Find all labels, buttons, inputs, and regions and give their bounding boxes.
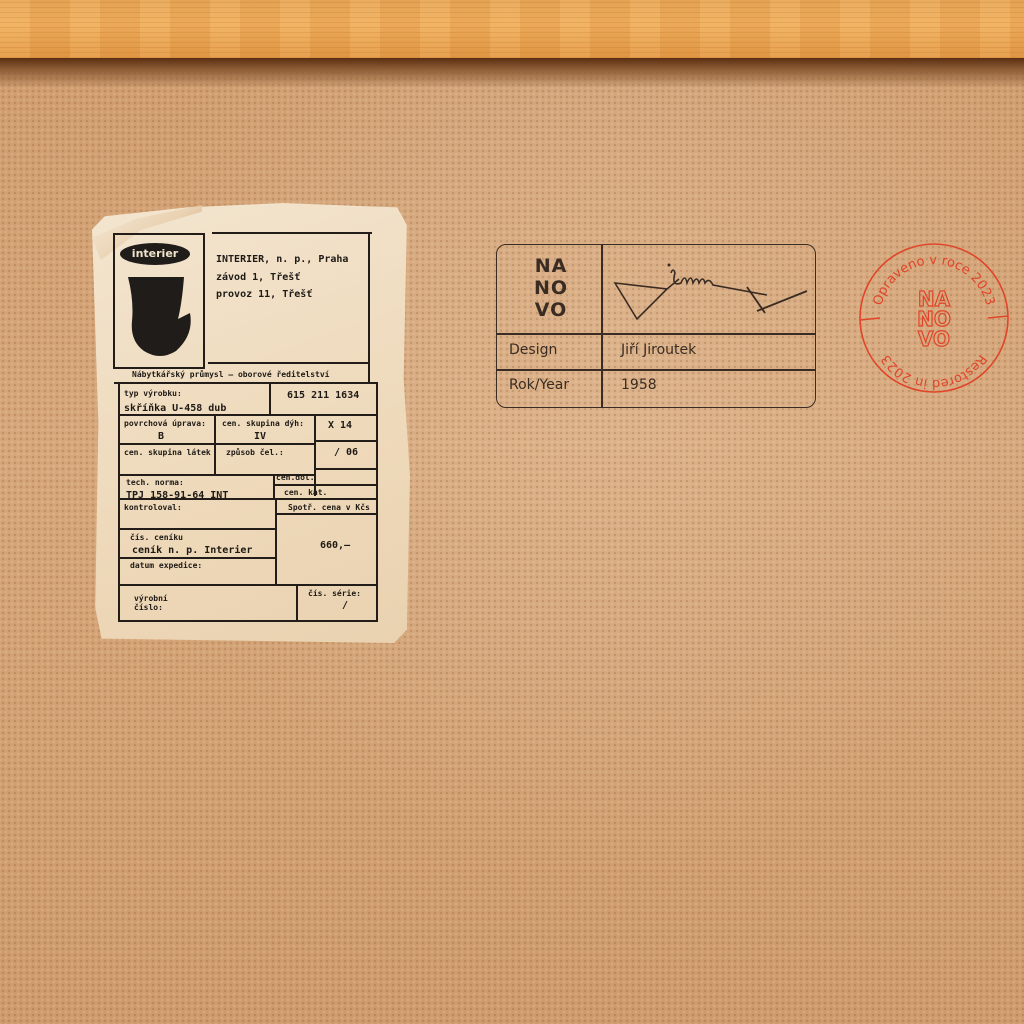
cis-ceniku-value: ceník n. p. Interier (132, 545, 252, 556)
stamp-bottom-text: Restored in 2023 (879, 352, 990, 391)
rail-shadow (0, 58, 1024, 88)
stamp-divider (497, 333, 815, 335)
zpusob-cel-label: způsob čel.: (226, 448, 284, 457)
povrchova-uprava-value: B (158, 431, 164, 442)
cis-serie-value: / (342, 600, 348, 611)
slash-value: / 06 (334, 447, 358, 458)
cis-ceniku-label: čís. ceníku (130, 533, 183, 542)
logo-line: VO (525, 299, 577, 321)
rule (314, 468, 378, 470)
datum-expedice-label: datum expedice: (130, 561, 202, 570)
rule (214, 414, 216, 476)
rule (118, 443, 314, 445)
stamp-divider (601, 245, 603, 407)
rule (114, 382, 376, 384)
company-line-2: závod 1, Třešť (216, 272, 300, 283)
rule (208, 362, 370, 364)
product-code: 615 211 1634 (287, 390, 359, 401)
rule (275, 513, 378, 515)
rule (212, 232, 372, 234)
rule (118, 557, 275, 559)
povrchova-uprava-label: povrchová úprava: (124, 419, 206, 428)
rule (273, 474, 275, 498)
svg-text:VO: VO (918, 327, 950, 351)
designer-signature-icon (607, 251, 812, 329)
rule (273, 484, 378, 486)
rule (275, 498, 277, 584)
design-key: Design (509, 342, 557, 358)
rule (314, 440, 378, 442)
typ-vyrobku-value: skříňka U-458 dub (124, 403, 226, 414)
year-value: 1958 (621, 377, 657, 393)
rule (296, 584, 298, 620)
rule (368, 232, 370, 382)
restoration-stamp: Opraveno v roce 2023 Restored in 2023 NA… (858, 242, 1010, 394)
rule (118, 528, 275, 530)
rule (118, 414, 378, 416)
interier-logo-text: interier (120, 243, 190, 265)
year-key: Rok/Year (509, 377, 569, 393)
stamp-divider (497, 369, 815, 371)
cen-dol-label: cen.dol. (276, 473, 315, 482)
logo-line: NO (525, 277, 577, 299)
wood-rail (0, 0, 1024, 58)
company-line-3: provoz 11, Třešť (216, 289, 312, 300)
tech-norma-label: tech. norma: (126, 478, 184, 487)
kontroloval-label: kontroloval: (124, 503, 182, 512)
nanovo-design-stamp: NA NO VO Design Jiří Jiroutek Rok/Year 1… (496, 244, 816, 408)
rule (269, 382, 271, 414)
rule (118, 620, 378, 622)
nanovo-logo: NA NO VO (525, 255, 577, 321)
spotr-cena-value: 660,— (320, 540, 350, 551)
rule (118, 498, 378, 500)
company-line-1: INTERIER, n. p., Praha (216, 254, 348, 265)
design-value: Jiří Jiroutek (621, 342, 696, 358)
typ-vyrobku-label: typ výrobku: (124, 389, 182, 398)
rule (376, 382, 378, 622)
cen-skupina-latek-label: cen. skupina látek (124, 448, 211, 457)
industry-line: Nábytkářský průmysl — oborové ředitelstv… (132, 370, 329, 379)
logo-line: NA (525, 255, 577, 277)
spotr-cena-label: Spotř. cena v Kčs (288, 503, 370, 512)
stamp-nanovo-logo: NA NO VO (917, 287, 951, 351)
cen-kat-label: cen. kat. (284, 488, 327, 497)
svg-text:Restored in 2023: Restored in 2023 (879, 352, 990, 391)
cen-skupina-dyh-label: cen. skupina dýh: (222, 419, 304, 428)
x-value: X 14 (328, 420, 352, 431)
vyrobni-cislo-label: výrobní číslo: (134, 594, 194, 612)
rule (118, 382, 120, 622)
rule (118, 584, 378, 586)
interier-i-logo-icon (126, 273, 196, 359)
cen-skupina-dyh-value: IV (254, 431, 266, 442)
cis-serie-label: čís. série: (308, 589, 361, 598)
